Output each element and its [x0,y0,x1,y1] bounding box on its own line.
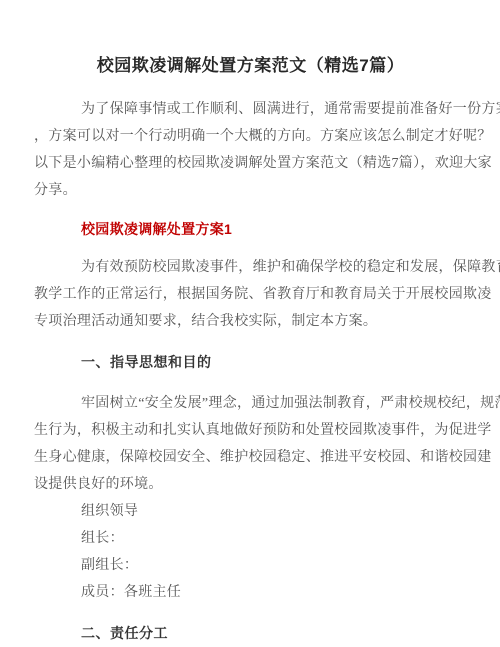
intro-paragraph: 为了保障事情或工作顺利、圆满进行，通常需要提前准备好一份方案 ，方案可以对一个行… [34,96,467,204]
org-leadership-label: 组织领导 [34,498,467,525]
organization-list: 组织领导 组长： 副组长： 成员：各班主任 [34,498,467,606]
intro-line: ，方案可以对一个行动明确一个大概的方向。方案应该怎么制定才好呢？ [34,123,467,150]
section1-line: 生行为，积极主动和扎实认真地做好预防和处置校园欺凌事件，为促进学 [34,417,467,444]
section1-heading: 一、指导思想和目的 [34,349,467,376]
plan1-heading: 校园欺凌调解处置方案1 [34,216,467,243]
intro-line: 分享。 [34,177,467,204]
plan1-intro-line: 为有效预防校园欺凌事件，维护和确保学校的稳定和发展，保障教育 [34,254,467,281]
plan1-intro-paragraph: 为有效预防校园欺凌事件，维护和确保学校的稳定和发展，保障教育 教学工作的正常运行… [34,254,467,335]
section1-line: 生身心健康，保障校园安全、维护校园稳定、推进平安校园、和谐校园建 [34,444,467,471]
org-members-label: 成员：各班主任 [34,579,467,606]
section2-heading: 二、责任分工 [34,620,467,647]
org-deputy-leader-label: 副组长： [34,552,467,579]
section1-line: 设提供良好的环境。 [34,471,467,498]
plan1-intro-line: 专项治理活动通知要求，结合我校实际，制定本方案。 [34,308,467,335]
org-leader-label: 组长： [34,525,467,552]
document-page: 校园欺凌调解处置方案范文（精选7篇） 为了保障事情或工作顺利、圆满进行，通常需要… [0,0,500,647]
document-title: 校园欺凌调解处置方案范文（精选7篇） [34,50,467,82]
intro-line: 为了保障事情或工作顺利、圆满进行，通常需要提前准备好一份方案 [34,96,467,123]
intro-line: 以下是小编精心整理的校园欺凌调解处置方案范文（精选7篇），欢迎大家 [34,150,467,177]
section1-paragraph: 牢固树立“安全发展”理念，通过加强法制教育，严肃校规校纪，规范学 生行为，积极主… [34,390,467,498]
section1-line: 牢固树立“安全发展”理念，通过加强法制教育，严肃校规校纪，规范学 [34,390,467,417]
plan1-intro-line: 教学工作的正常运行，根据国务院、省教育厅和教育局关于开展校园欺凌 [34,281,467,308]
